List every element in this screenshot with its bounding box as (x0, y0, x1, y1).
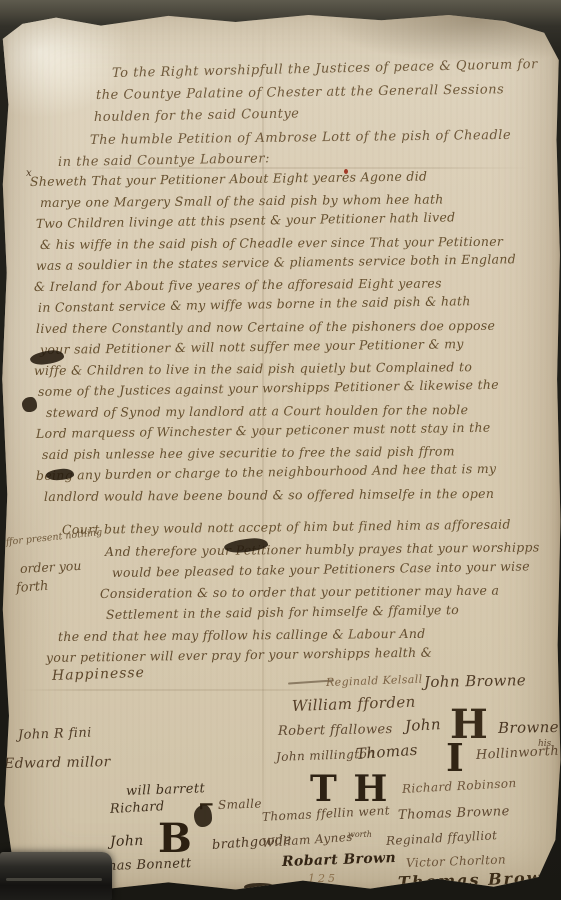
b-cross-mark: B (158, 819, 192, 859)
signature: Thomas ffellin went (262, 804, 390, 823)
petition-body-line: Court but they would nott accept of him … (62, 519, 511, 537)
signature: Smalle (218, 797, 262, 811)
petition-paper: To the Right worshipfull the Justices of… (0, 7, 561, 893)
petition-body-line: your said Petitioner & will nott suffer … (40, 338, 464, 356)
margin-note-line: ffor present nothing (6, 528, 103, 548)
signature: Robart Brown (282, 851, 397, 869)
petition-body-line: & Ireland for About five yeares of the a… (34, 277, 442, 293)
petition-title-line: The humble Petition of Ambrose Lott of t… (90, 129, 511, 147)
signature: Browne (498, 720, 559, 736)
petition-body-line: marye one Margery Small of the said pish… (40, 193, 444, 209)
petition-address-line: the Countye Palatine of Chester att the … (96, 83, 504, 102)
petition-body-line: Sheweth That your Petitioner About Eight… (30, 170, 427, 188)
horizontal-fold-crease (20, 689, 340, 691)
document-clip (0, 852, 112, 900)
petition-body-line: wiffe & Children to live in the said pis… (34, 361, 472, 377)
signature: Richard Robinson (402, 777, 517, 795)
signature: Victor Chorlton (406, 854, 506, 869)
petition-prayer-line: your petitioner will ever pray for your … (46, 647, 432, 665)
petition-prayer-line: would bee pleased to take your Petitione… (112, 560, 530, 579)
petition-prayer-line: And therefore your Petitioner humbly pra… (105, 541, 540, 558)
petition-body-line: in Constant service & my wiffe was borne… (38, 295, 471, 314)
petition-body-line: Lord marquess of Winchester & your petic… (36, 422, 491, 441)
signature: John (405, 717, 442, 734)
petition-address-line: To the Right worshipfull the Justices of… (112, 58, 538, 80)
signature-worth-superscript: worth (348, 831, 372, 839)
signature: Thomas Browne (398, 805, 510, 822)
petition-prayer-line: the end that hee may ffollow his calling… (58, 628, 426, 644)
petition-body-line: & his wiffe in the said pish of Cheadle … (40, 236, 503, 252)
petition-body-line: being any burden or charge to the neighb… (36, 463, 496, 483)
manuscript-photo: To the Right worshipfull the Justices of… (0, 0, 561, 900)
margin-note-line: forth (16, 580, 49, 595)
red-ink-speck (344, 169, 348, 174)
petition-prayer-line: Settlement in the said pish for himselfe… (106, 604, 459, 621)
signature: William fforden (292, 695, 416, 714)
petition-body-line: landlord would have beene bound & so off… (44, 488, 494, 504)
signature: Robert ffallowes (278, 723, 393, 738)
petition-body-line: Two Children livinge att this psent & yo… (36, 211, 456, 230)
petition-body-line: lived there Constantly and now Certaine … (36, 320, 495, 336)
signature-his-word: his (538, 740, 551, 749)
petition-body-line: was a souldier in the states service & p… (36, 253, 516, 272)
petition-body-line: said pish unlesse hee give securitie to … (42, 445, 455, 461)
petition-closing-word: Happinesse (52, 666, 145, 683)
signature: Richard (110, 800, 165, 816)
signature: Reginald ffaylliot (386, 829, 498, 847)
th-initials-mark: T H (310, 771, 389, 807)
margin-note-line: order you (20, 560, 82, 576)
i-cross-mark: I (446, 739, 464, 777)
signature: Edward millor (4, 755, 111, 771)
clip-glint (6, 878, 102, 881)
signature: John (110, 834, 144, 849)
petition-title-line: in the said Countye Labourer: (58, 152, 270, 169)
signature: Thomas (355, 743, 418, 762)
petition-body-line: some of the Justices against your worshi… (38, 379, 499, 399)
signature: Reginald Kelsall (326, 674, 423, 688)
signature: will barrett (126, 782, 206, 798)
petition-address-line: houlden for the said Countye (94, 107, 300, 124)
ink-blot (22, 397, 37, 412)
signature: John Browne (424, 673, 526, 690)
petition-body-line: steward of Synod my landlord att a Court… (46, 404, 468, 419)
petition-prayer-line: Consideration & so to order that your pe… (100, 585, 499, 601)
ink-blot (194, 805, 212, 827)
signature: John R fini (18, 726, 92, 742)
